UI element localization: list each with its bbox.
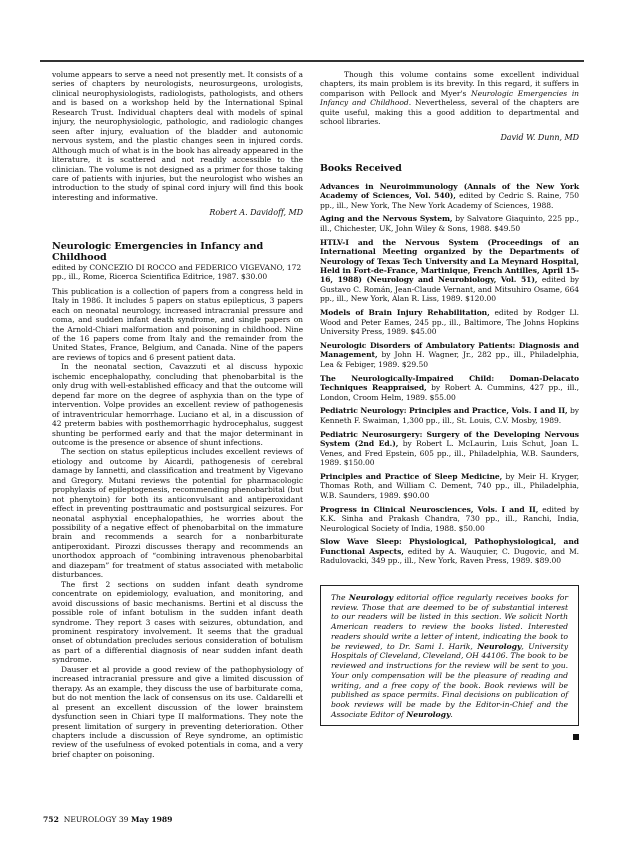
notice-text: . [450,710,452,719]
issue-date: May 1989 [131,815,173,824]
book-title: Aging and the Nervous System, [320,214,453,223]
book-review-notice-box: The Neurology editorial office regularly… [320,585,579,726]
book-title: Models of Brain Injury Rehabilitation, [320,308,490,317]
book-entry: Models of Brain Injury Rehabilitation, e… [320,308,579,336]
review-paragraph: The section on status epilepticus includ… [52,447,303,579]
book-entry: Neurologic Disorders of Ambulatory Patie… [320,341,579,369]
books-received-heading: Books Received [320,164,579,173]
previous-review-text: volume appears to serve a need not prese… [52,70,303,202]
review-paragraph: In the neonatal section, Cavazzuti et al… [52,362,303,447]
journal-name: Neurology [349,593,393,602]
book-entry: Pediatric Neurosurgery: Surgery of the D… [320,430,579,468]
book-entry: Progress in Clinical Neurosciences, Vols… [320,505,579,533]
right-column: Though this volume contains some excelle… [320,70,579,740]
review-paragraph: This publication is a collection of pape… [52,287,303,363]
book-title: Progress in Clinical Neurosciences, Vols… [320,505,538,514]
book-entry: Advances in Neuroimmunology (Annals of t… [320,182,579,210]
book-title: Pediatric Neurology: Principles and Prac… [320,406,568,415]
previous-review-signature: Robert A. Davidoff, MD [52,208,303,217]
review-meta: edited by CONCEZIO DI ROCCO and FEDERICO… [52,263,303,282]
review-paragraph: The first 2 sections on sudden infant de… [52,580,303,665]
end-of-article-mark-icon [573,734,579,740]
book-entry: Pediatric Neurology: Principles and Prac… [320,406,579,425]
book-entry: The Neurologically-Impaired Child: Doman… [320,374,579,402]
notice-text: , University Hospitals of Cleveland, Cle… [331,642,568,719]
book-entry: HTLV-I and the Nervous System (Proceedin… [320,238,579,304]
review-conclusion: Though this volume contains some excelle… [320,70,579,127]
journal-name: Neurology [477,642,521,651]
page-footer: 752 NEUROLOGY 39 May 1989 [43,815,172,824]
journal-name: Neurology [406,710,450,719]
book-entry: Principles and Practice of Sleep Medicin… [320,472,579,500]
top-rule [40,60,584,62]
books-received-list: Advances in Neuroimmunology (Annals of t… [320,182,579,566]
book-title: Principles and Practice of Sleep Medicin… [320,472,502,481]
notice-text: The [331,593,349,602]
review-signature: David W. Dunn, MD [320,133,579,142]
review-title: Neurologic Emergencies in Infancy and Ch… [52,241,303,263]
review-paragraph: Dauser et al provide a good review of th… [52,665,303,760]
journal-name: NEUROLOGY 39 [64,815,129,824]
book-entry: Aging and the Nervous System, by Salvato… [320,214,579,233]
left-column: volume appears to serve a need not prese… [52,70,303,759]
page-number: 752 [43,815,59,824]
book-entry: Slow Wave Sleep: Physiological, Pathophy… [320,537,579,565]
